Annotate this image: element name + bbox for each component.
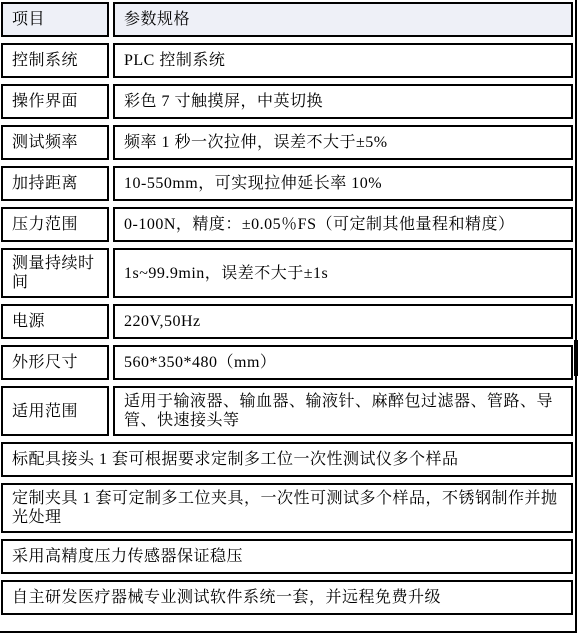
spec-cell: 频率 1 秒一次拉伸，误差不大于±5% bbox=[113, 125, 573, 160]
spec-row: 测试频率 频率 1 秒一次拉伸，误差不大于±5% bbox=[1, 125, 573, 160]
spec-row: 测量持续时间 1s~99.9min，误差不大于±1s bbox=[1, 248, 573, 298]
outer-right-border bbox=[575, 0, 577, 633]
spec-cell: 彩色 7 寸触摸屏，中英切换 bbox=[113, 84, 573, 119]
scrollbar-thumb[interactable] bbox=[574, 340, 578, 376]
item-cell: 适用范围 bbox=[1, 386, 109, 436]
spec-row: 适用范围 适用于输液器、输血器、输液针、麻醉包过滤器、管路、导管、快速接头等 bbox=[1, 386, 573, 436]
spec-row: 电源 220V,50Hz bbox=[1, 304, 573, 339]
item-cell: 测试频率 bbox=[1, 125, 109, 160]
note-cell: 自主研发医疗器械专业测试软件系统一套，并远程免费升级 bbox=[1, 580, 573, 615]
note-cell: 采用高精度压力传感器保证稳压 bbox=[1, 539, 573, 574]
item-cell: 电源 bbox=[1, 304, 109, 339]
item-cell: 加持距离 bbox=[1, 166, 109, 201]
note-row: 自主研发医疗器械专业测试软件系统一套，并远程免费升级 bbox=[1, 580, 573, 615]
spec-row: 压力范围 0-100N，精度：±0.05％FS（可定制其他量程和精度） bbox=[1, 207, 573, 242]
item-cell: 操作界面 bbox=[1, 84, 109, 119]
spec-row: 控制系统 PLC 控制系统 bbox=[1, 43, 573, 78]
item-cell: 控制系统 bbox=[1, 43, 109, 78]
spec-page: 项目 参数规格 控制系统 PLC 控制系统 操作界面 彩色 7 寸触摸屏，中英切… bbox=[0, 0, 578, 635]
spec-cell: 1s~99.9min，误差不大于±1s bbox=[113, 248, 573, 298]
spec-row: 外形尺寸 560*350*480（mm） bbox=[1, 345, 573, 380]
spec-table: 项目 参数规格 控制系统 PLC 控制系统 操作界面 彩色 7 寸触摸屏，中英切… bbox=[0, 0, 578, 615]
spec-cell: 适用于输液器、输血器、输液针、麻醉包过滤器、管路、导管、快速接头等 bbox=[113, 386, 573, 436]
spec-rows: 控制系统 PLC 控制系统 操作界面 彩色 7 寸触摸屏，中英切换 测试频率 频… bbox=[1, 43, 578, 436]
header-cell-item: 项目 bbox=[1, 2, 109, 37]
item-cell: 压力范围 bbox=[1, 207, 109, 242]
spec-cell: 220V,50Hz bbox=[113, 304, 573, 339]
item-cell: 测量持续时间 bbox=[1, 248, 109, 298]
note-row: 标配具接头 1 套可根据要求定制多工位一次性测试仪多个样品 bbox=[1, 442, 573, 477]
table-header-row: 项目 参数规格 bbox=[1, 2, 573, 37]
note-cell: 标配具接头 1 套可根据要求定制多工位一次性测试仪多个样品 bbox=[1, 442, 573, 477]
note-row: 采用高精度压力传感器保证稳压 bbox=[1, 539, 573, 574]
header-cell-spec: 参数规格 bbox=[113, 2, 573, 37]
spec-row: 操作界面 彩色 7 寸触摸屏，中英切换 bbox=[1, 84, 573, 119]
spec-cell: 10-550mm，可实现拉伸延长率 10% bbox=[113, 166, 573, 201]
note-row: 定制夹具 1 套可定制多工位夹具，一次性可测试多个样品，不锈钢制作并抛光处理 bbox=[1, 483, 573, 533]
spec-cell: PLC 控制系统 bbox=[113, 43, 573, 78]
spec-row: 加持距离 10-550mm，可实现拉伸延长率 10% bbox=[1, 166, 573, 201]
note-rows: 标配具接头 1 套可根据要求定制多工位一次性测试仪多个样品 定制夹具 1 套可定… bbox=[1, 442, 578, 615]
spec-cell: 560*350*480（mm） bbox=[113, 345, 573, 380]
item-cell: 外形尺寸 bbox=[1, 345, 109, 380]
spec-cell: 0-100N，精度：±0.05％FS（可定制其他量程和精度） bbox=[113, 207, 573, 242]
outer-bottom-border bbox=[0, 631, 576, 633]
note-cell: 定制夹具 1 套可定制多工位夹具，一次性可测试多个样品，不锈钢制作并抛光处理 bbox=[1, 483, 573, 533]
